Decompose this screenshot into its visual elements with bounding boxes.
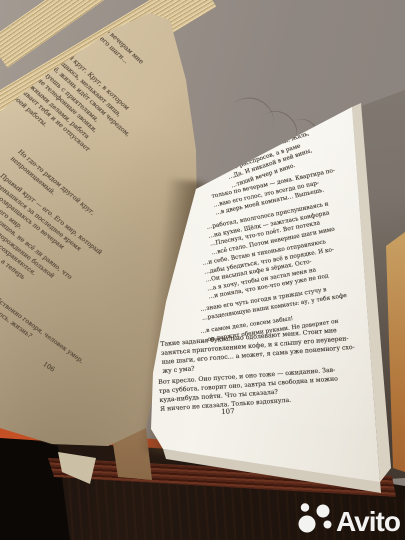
avito-logo-circle-large: [299, 516, 316, 533]
avito-logo-icon: Avito: [294, 498, 405, 538]
avito-logo-circle-medium: [317, 505, 330, 518]
avito-logo-circle-tiny: [324, 521, 332, 529]
photo-scene: Нет. По вечерам мне снятся его шаги… Лев…: [0, 0, 405, 540]
avito-logo-circle-small: [301, 503, 309, 511]
right-page-number: 107: [221, 407, 235, 416]
avito-wordmark: Avito: [336, 506, 401, 537]
avito-watermark: Avito: [294, 498, 405, 538]
